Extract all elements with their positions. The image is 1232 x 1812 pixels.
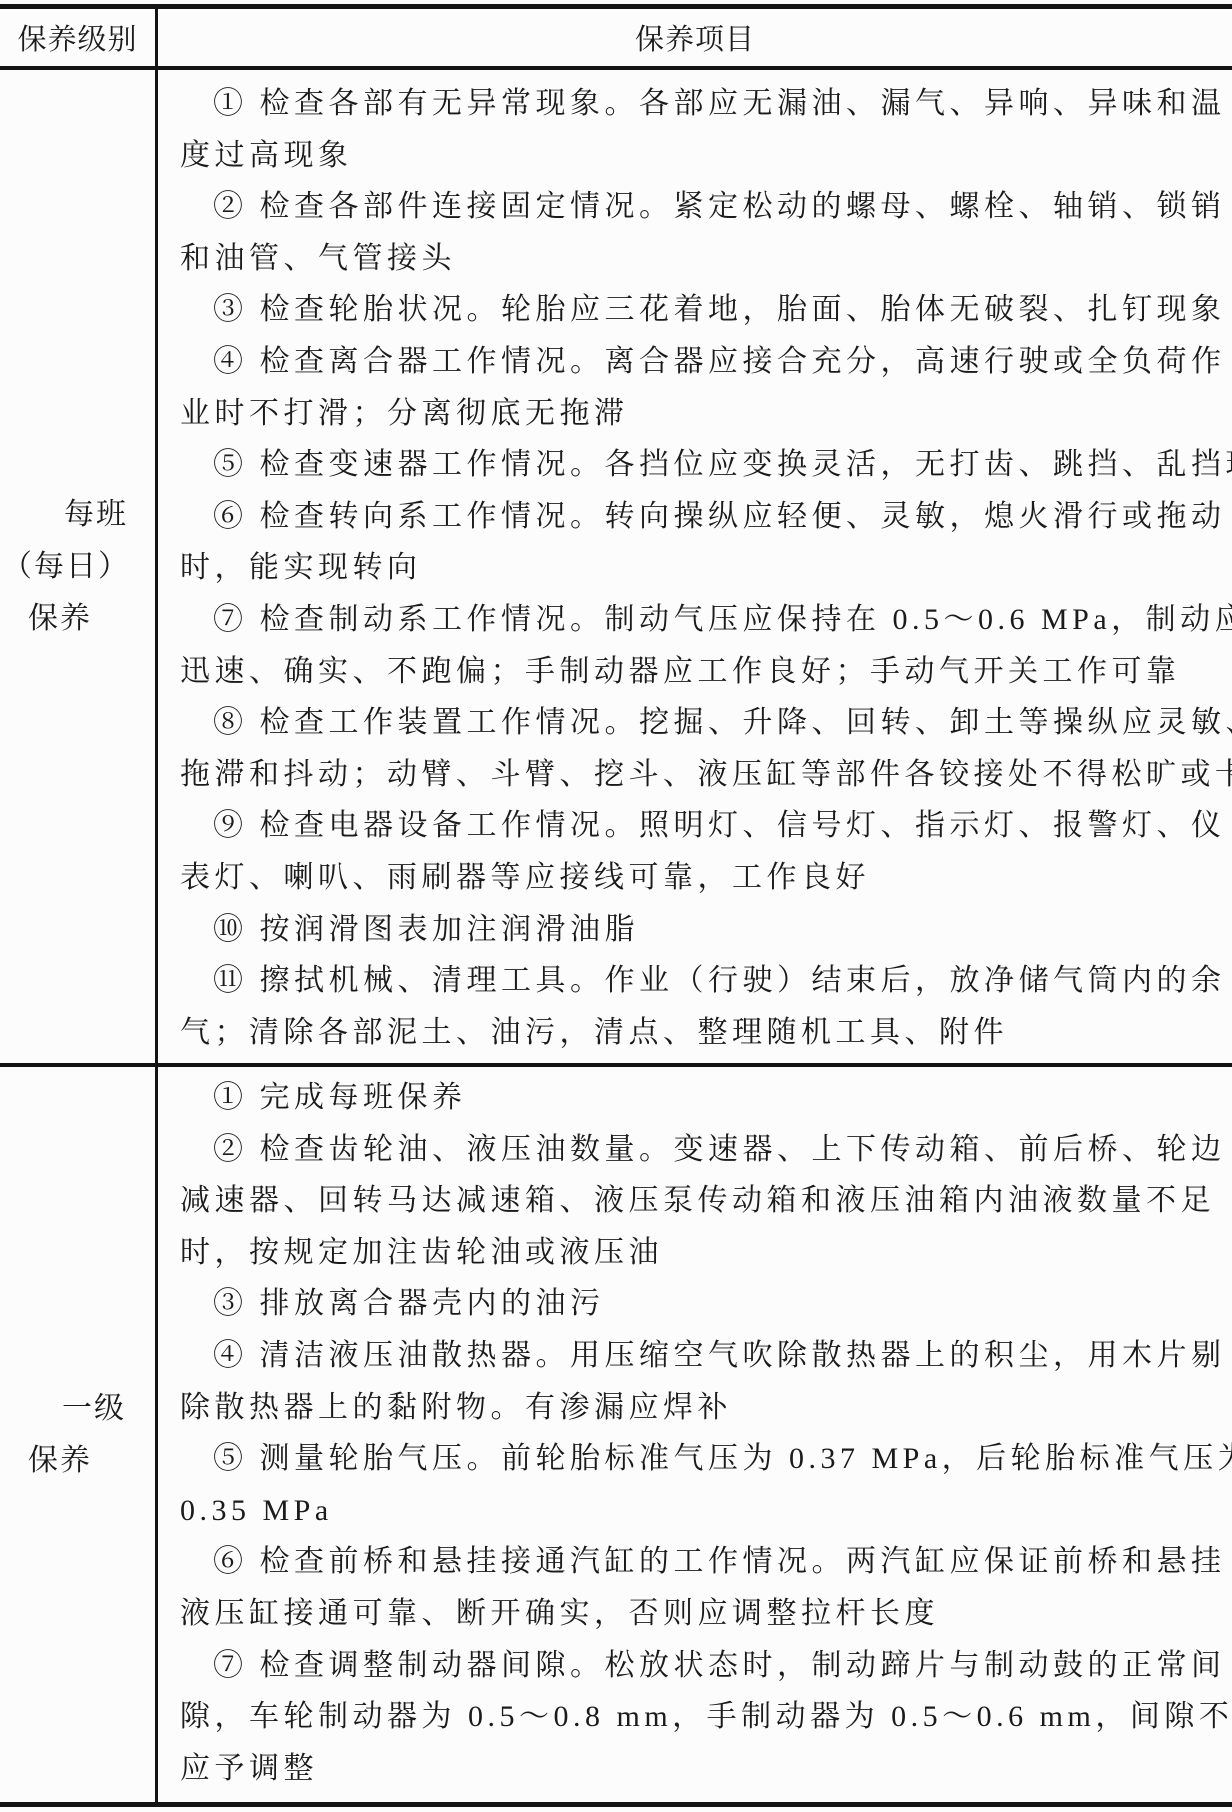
item-line: ④ 检查离合器工作情况。离合器应接合充分，高速行驶或全负荷作 bbox=[180, 336, 1220, 388]
item-line: ② 检查各部件连接固定情况。紧定松动的螺母、螺栓、轴销、锁销 bbox=[180, 181, 1220, 233]
header-cell-maintenance-level: 保养级别 bbox=[0, 9, 158, 66]
item-line: 表灯、喇叭、雨刷器等应接线可靠，工作良好 bbox=[180, 852, 1220, 904]
maintenance-item: ④ 检查离合器工作情况。离合器应接合充分，高速行驶或全负荷作业时不打滑；分离彻底… bbox=[180, 336, 1220, 439]
item-line: ⑪ 擦拭机械、清理工具。作业（行驶）结束后，放净储气筒内的余 bbox=[180, 955, 1220, 1007]
item-line: 隙，车轮制动器为 0.5～0.8 mm，手制动器为 0.5～0.6 mm，间隙不… bbox=[180, 1691, 1220, 1743]
scanned-document-page: 保养级别 保养项目 每班 （每日） 保养 ① 检查各部有无异常现象。各部应无漏油… bbox=[0, 0, 1232, 1812]
maintenance-table: 保养级别 保养项目 每班 （每日） 保养 ① 检查各部有无异常现象。各部应无漏油… bbox=[0, 4, 1232, 1807]
item-line: 气；清除各部泥土、油污，清点、整理随机工具、附件 bbox=[180, 1007, 1220, 1059]
table-row-first-level-maintenance: 一级 保养 ① 完成每班保养② 检查齿轮油、液压油数量。变速器、上下传动箱、前后… bbox=[0, 1067, 1232, 1802]
items-cell-first-level: ① 完成每班保养② 检查齿轮油、液压油数量。变速器、上下传动箱、前后桥、轮边减速… bbox=[158, 1067, 1232, 1802]
item-line: ② 检查齿轮油、液压油数量。变速器、上下传动箱、前后桥、轮边 bbox=[180, 1124, 1220, 1176]
maintenance-item: ② 检查齿轮油、液压油数量。变速器、上下传动箱、前后桥、轮边减速器、回转马达减速… bbox=[180, 1124, 1220, 1279]
item-line: 时，能实现转向 bbox=[180, 542, 1220, 594]
maintenance-item: ⑧ 检查工作装置工作情况。挖掘、升降、回转、卸土等操纵应灵敏、无拖滞和抖动；动臂… bbox=[180, 697, 1220, 800]
item-line: ③ 排放离合器壳内的油污 bbox=[180, 1278, 1220, 1330]
item-line: ⑤ 测量轮胎气压。前轮胎标准气压为 0.37 MPa，后轮胎标准气压为 bbox=[180, 1433, 1220, 1485]
level-label-line: 一级 bbox=[0, 1383, 155, 1435]
item-line: ⑧ 检查工作装置工作情况。挖掘、升降、回转、卸土等操纵应灵敏、无 bbox=[180, 697, 1220, 749]
level-cell-first-level: 一级 保养 bbox=[0, 1067, 158, 1802]
item-line: ⑥ 检查前桥和悬挂接通汽缸的工作情况。两汽缸应保证前桥和悬挂 bbox=[180, 1536, 1220, 1588]
item-line: 时，按规定加注齿轮油或液压油 bbox=[180, 1227, 1220, 1279]
maintenance-item: ⑪ 擦拭机械、清理工具。作业（行驶）结束后，放净储气筒内的余气；清除各部泥土、油… bbox=[180, 955, 1220, 1058]
maintenance-item: ⑦ 检查调整制动器间隙。松放状态时，制动蹄片与制动鼓的正常间隙，车轮制动器为 0… bbox=[180, 1640, 1220, 1795]
item-line: ⑤ 检查变速器工作情况。各挡位应变换灵活，无打齿、跳挡、乱挡现象 bbox=[180, 439, 1220, 491]
level-label-line: 保养 bbox=[0, 593, 155, 645]
item-line: 度过高现象 bbox=[180, 130, 1220, 182]
table-header-row: 保养级别 保养项目 bbox=[0, 9, 1232, 70]
maintenance-item: ⑦ 检查制动系工作情况。制动气压应保持在 0.5～0.6 MPa，制动应迅速、确… bbox=[180, 594, 1220, 697]
item-line: 应予调整 bbox=[180, 1743, 1220, 1795]
item-line: 业时不打滑；分离彻底无拖滞 bbox=[180, 388, 1220, 440]
item-line: ⑥ 检查转向系工作情况。转向操纵应轻便、灵敏，熄火滑行或拖动 bbox=[180, 491, 1220, 543]
item-line: ⑨ 检查电器设备工作情况。照明灯、信号灯、指示灯、报警灯、仪 bbox=[180, 800, 1220, 852]
maintenance-item: ② 检查各部件连接固定情况。紧定松动的螺母、螺栓、轴销、锁销和油管、气管接头 bbox=[180, 181, 1220, 284]
maintenance-item: ⑥ 检查前桥和悬挂接通汽缸的工作情况。两汽缸应保证前桥和悬挂液压缸接通可靠、断开… bbox=[180, 1536, 1220, 1639]
level-label-line: （每日） bbox=[0, 541, 155, 593]
maintenance-item: ③ 排放离合器壳内的油污 bbox=[180, 1278, 1220, 1330]
item-line: 除散热器上的黏附物。有渗漏应焊补 bbox=[180, 1382, 1220, 1434]
maintenance-item: ⑩ 按润滑图表加注润滑油脂 bbox=[180, 904, 1220, 956]
item-line: ⑦ 检查制动系工作情况。制动气压应保持在 0.5～0.6 MPa，制动应 bbox=[180, 594, 1220, 646]
item-line: 液压缸接通可靠、断开确实，否则应调整拉杆长度 bbox=[180, 1588, 1220, 1640]
item-line: ③ 检查轮胎状况。轮胎应三花着地，胎面、胎体无破裂、扎钉现象 bbox=[180, 284, 1220, 336]
item-line: 和油管、气管接头 bbox=[180, 233, 1220, 285]
maintenance-item: ⑤ 测量轮胎气压。前轮胎标准气压为 0.37 MPa，后轮胎标准气压为0.35 … bbox=[180, 1433, 1220, 1536]
maintenance-item: ⑥ 检查转向系工作情况。转向操纵应轻便、灵敏，熄火滑行或拖动时，能实现转向 bbox=[180, 491, 1220, 594]
maintenance-item: ⑨ 检查电器设备工作情况。照明灯、信号灯、指示灯、报警灯、仪表灯、喇叭、雨刷器等… bbox=[180, 800, 1220, 903]
item-line: ⑦ 检查调整制动器间隙。松放状态时，制动蹄片与制动鼓的正常间 bbox=[180, 1640, 1220, 1692]
item-line: ① 完成每班保养 bbox=[180, 1072, 1220, 1124]
maintenance-item: ① 完成每班保养 bbox=[180, 1072, 1220, 1124]
header-cell-maintenance-items: 保养项目 bbox=[158, 9, 1232, 66]
table-row-daily-maintenance: 每班 （每日） 保养 ① 检查各部有无异常现象。各部应无漏油、漏气、异响、异味和… bbox=[0, 70, 1232, 1067]
maintenance-item: ④ 清洁液压油散热器。用压缩空气吹除散热器上的积尘，用木片剔除散热器上的黏附物。… bbox=[180, 1330, 1220, 1433]
item-line: 0.35 MPa bbox=[180, 1485, 1220, 1537]
item-line: ① 检查各部有无异常现象。各部应无漏油、漏气、异响、异味和温 bbox=[180, 78, 1220, 130]
item-line: ④ 清洁液压油散热器。用压缩空气吹除散热器上的积尘，用木片剔 bbox=[180, 1330, 1220, 1382]
items-cell-daily: ① 检查各部有无异常现象。各部应无漏油、漏气、异响、异味和温度过高现象② 检查各… bbox=[158, 70, 1232, 1063]
item-line: 减速器、回转马达减速箱、液压泵传动箱和液压油箱内油液数量不足 bbox=[180, 1175, 1220, 1227]
maintenance-item: ⑤ 检查变速器工作情况。各挡位应变换灵活，无打齿、跳挡、乱挡现象 bbox=[180, 439, 1220, 491]
item-line: ⑩ 按润滑图表加注润滑油脂 bbox=[180, 904, 1220, 956]
item-line: 拖滞和抖动；动臂、斗臂、挖斗、液压缸等部件各铰接处不得松旷或卡滞 bbox=[180, 749, 1220, 801]
maintenance-item: ① 检查各部有无异常现象。各部应无漏油、漏气、异响、异味和温度过高现象 bbox=[180, 78, 1220, 181]
level-label-line: 保养 bbox=[0, 1435, 155, 1487]
maintenance-item: ③ 检查轮胎状况。轮胎应三花着地，胎面、胎体无破裂、扎钉现象 bbox=[180, 284, 1220, 336]
level-cell-daily: 每班 （每日） 保养 bbox=[0, 70, 158, 1063]
item-line: 迅速、确实、不跑偏；手制动器应工作良好；手动气开关工作可靠 bbox=[180, 646, 1220, 698]
level-label-line: 每班 bbox=[0, 489, 155, 541]
